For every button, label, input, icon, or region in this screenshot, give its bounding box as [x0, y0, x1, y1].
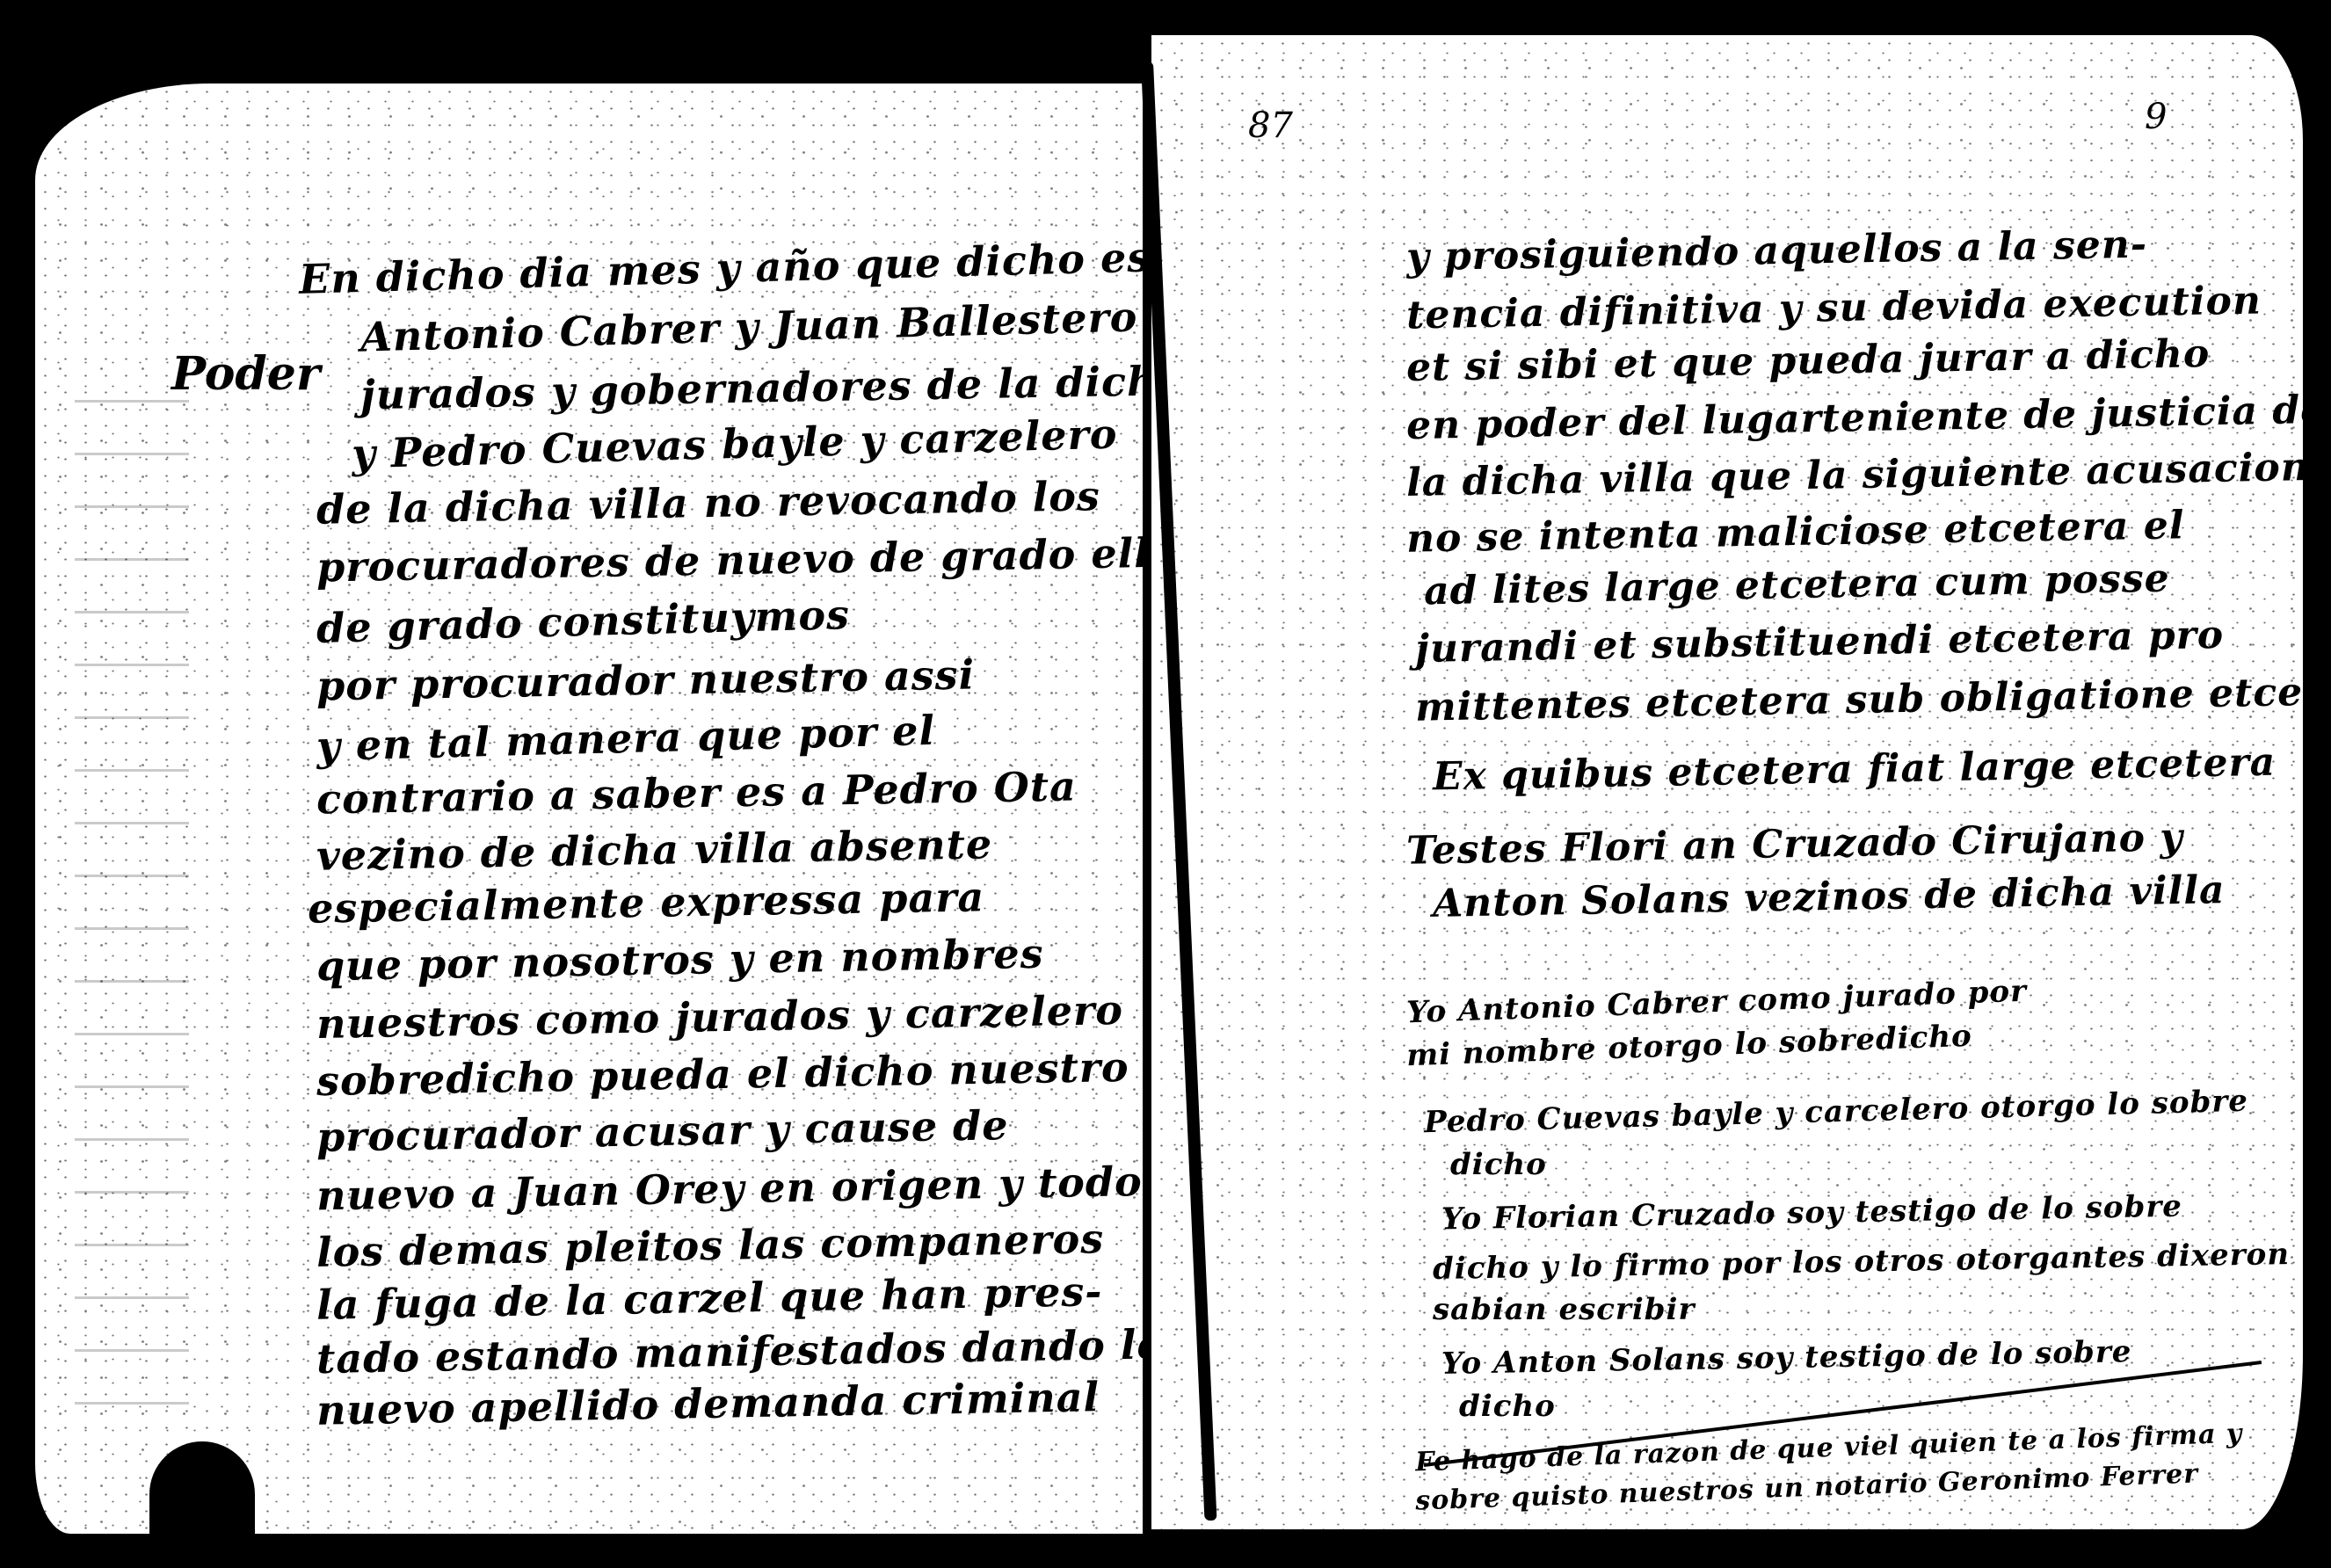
folio-number: 9 [2145, 97, 2167, 137]
margin-heading: Poder [171, 347, 320, 401]
right-page: 87 9 y prosiguiendo aquellos a la sen- t… [1151, 35, 2303, 1529]
signature-line: dicho [1459, 1389, 1556, 1424]
ink-blot-corner [149, 1441, 255, 1547]
left-page: 87 Poder En dicho dia mes y año que dich… [35, 83, 1143, 1534]
signature-line: dicho [1450, 1147, 1547, 1182]
folio-mark-small: 87 [1248, 105, 1293, 146]
bleed-through-margin-text [75, 374, 189, 1428]
signature-line: sabian escribir [1433, 1292, 1695, 1327]
scanned-manuscript: 87 Poder En dicho dia mes y año que dich… [0, 0, 2331, 1568]
